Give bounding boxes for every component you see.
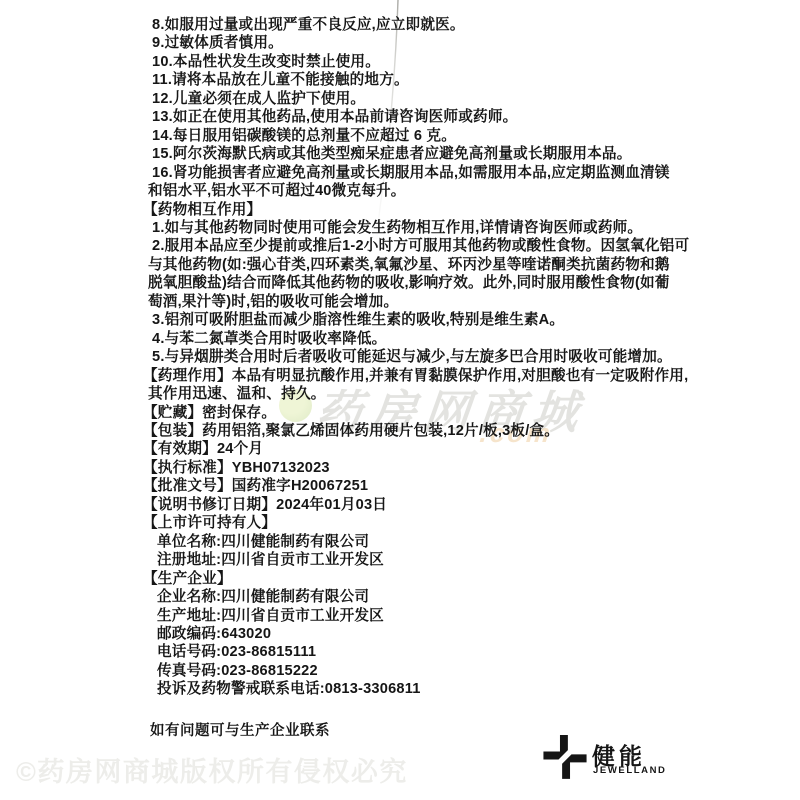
text-line: 企业名称:四川健能制药有限公司 — [157, 588, 663, 606]
text-line: 电话号码:023-86815111 — [157, 643, 663, 661]
brand-logo: 健能 JEWELLAND — [540, 730, 680, 790]
leaflet-text-block: 8.如服用过量或出现严重不良反应,应立即就医。9.过敏体质者慎用。10.本品性状… — [143, 16, 663, 699]
text-line: 【药理作用】本品有明显抗酸作用,并兼有胃黏膜保护作用,对胆酸也有一定吸附作用, — [143, 367, 663, 385]
text-line: 【生产企业】 — [143, 570, 663, 588]
text-line: 5.与异烟肼类合用时后者吸收可能延迟与减少,与左旋多巴合用时吸收可能增加。 — [152, 348, 663, 366]
text-line: 其作用迅速、温和、持久。 — [148, 385, 663, 403]
text-line: 与其他药物(如:强心苷类,四环素类,氧氟沙星、环丙沙星等喹诺酮类抗菌药物和鹅 — [148, 256, 663, 274]
text-line: 4.与苯二氮䓬类合用时吸收率降低。 — [152, 330, 663, 348]
text-line: 邮政编码:643020 — [157, 625, 663, 643]
text-line: 2.服用本品应至少提前或推后1-2小时方可服用其他药物或酸性食物。因氢氧化铝可 — [152, 237, 663, 255]
text-line: 【上市许可持有人】 — [143, 514, 663, 532]
text-line: 【执行标准】YBH07132023 — [143, 459, 663, 477]
text-line: 3.铝剂可吸附胆盐而减少脂溶性维生素的吸收,特别是维生素A。 — [152, 311, 663, 329]
text-line: 14.每日服用铝碳酸镁的总剂量不应超过 6 克。 — [152, 127, 663, 145]
text-line: 11.请将本品放在儿童不能接触的地方。 — [152, 71, 663, 89]
text-line: 【有效期】24个月 — [143, 440, 663, 458]
text-line: 12.儿童必须在成人监护下使用。 — [152, 90, 663, 108]
text-line: 16.肾功能损害者应避免高剂量或长期服用本品,如需服用本品,应定期监测血清镁 — [152, 164, 663, 182]
text-line: 8.如服用过量或出现严重不良反应,应立即就医。 — [152, 16, 663, 34]
text-line: 【药物相互作用】 — [143, 201, 663, 219]
jewelland-cross-icon — [542, 732, 588, 784]
text-line: 9.过敏体质者慎用。 — [152, 34, 663, 52]
copyright-watermark: ©药房网商城版权所有侵权必究 — [16, 750, 408, 789]
text-line: 15.阿尔茨海默氏病或其他类型痴呆症患者应避免高剂量或长期服用本品。 — [152, 145, 663, 163]
text-line: 传真号码:023-86815222 — [157, 662, 663, 680]
leaflet-page: 药房网商城 .com ©药房网商城版权所有侵权必究 8.如服用过量或出现严重不良… — [0, 0, 800, 800]
text-line: 【贮藏】密封保存。 — [143, 404, 663, 422]
text-line: 【批准文号】国药准字H20067251 — [143, 477, 663, 495]
text-line: 脱氧胆酸盐)结合而降低其他药物的吸收,影响疗效。此外,同时服用酸性食物(如葡 — [148, 274, 663, 292]
text-line: 【包装】药用铝箔,聚氯乙烯固体药用硬片包装,12片/板,3板/盒。 — [143, 422, 663, 440]
text-line: 13.如正在使用其他药品,使用本品前请咨询医师或药师。 — [152, 108, 663, 126]
text-line: 投诉及药物警戒联系电话:0813-3306811 — [157, 680, 663, 698]
text-line: 和铝水平,铝水平不可超过40微克每升。 — [148, 182, 663, 200]
text-line: 单位名称:四川健能制药有限公司 — [157, 533, 663, 551]
footer-note: 如有问题可与生产企业联系 — [150, 719, 330, 740]
brand-subtitle: JEWELLAND — [593, 765, 667, 776]
text-line: 萄酒,果汁等)时,铝的吸收可能会增加。 — [148, 293, 663, 311]
text-line: 【说明书修订日期】2024年01月03日 — [143, 496, 663, 514]
text-line: 注册地址:四川省自贡市工业开发区 — [157, 551, 663, 569]
text-line: 生产地址:四川省自贡市工业开发区 — [157, 607, 663, 625]
text-line: 1.如与其他药物同时使用可能会发生药物相互作用,详情请咨询医师或药师。 — [152, 219, 663, 237]
text-line: 10.本品性状发生改变时禁止使用。 — [152, 53, 663, 71]
